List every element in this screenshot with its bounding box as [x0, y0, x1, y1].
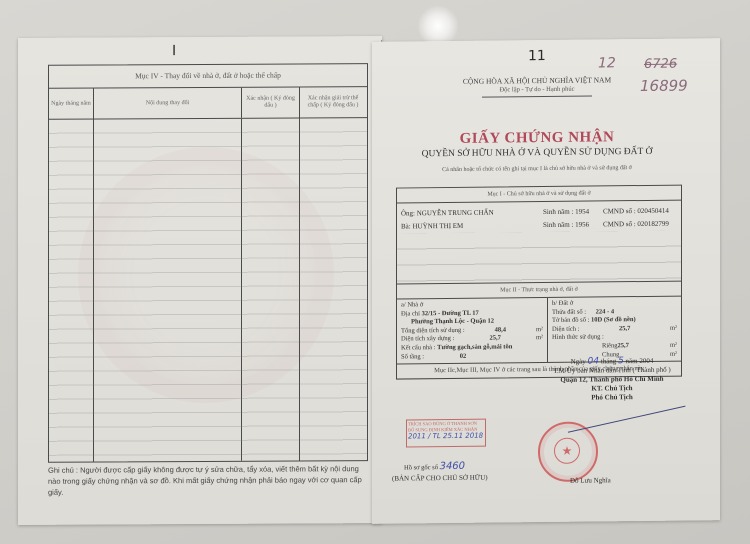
total-area: 48,4	[495, 326, 506, 335]
intro-text: Cá nhân hoặc tổ chức có tên ghi tại mục …	[372, 164, 702, 173]
signer-name: Đỗ Lưu Nghĩa	[570, 476, 611, 484]
star-emblem-icon: ★	[554, 438, 580, 464]
col-content: Nội dung thay đổi	[94, 88, 242, 119]
motto-underline	[482, 96, 592, 98]
map-number: 10D (Sơ đồ nền)	[591, 316, 636, 323]
signing-block: Ngày 04 tháng 5 năm 2004 T.M Ủy ban Nhân…	[522, 356, 702, 403]
right-page: 11 12 6726 16899 CỘNG HÒA XÃ HỘI CHỦ NGH…	[372, 38, 720, 524]
structure: Tường gạch,sàn gỗ,mái tôn	[437, 343, 512, 351]
floors: 02	[426, 352, 467, 359]
property-status: a/ Nhà ở Địa chỉ 32/15 - Đường TL 17 Phư…	[397, 297, 681, 365]
file-number-row: Hồ sơ gốc số 3460	[404, 461, 465, 473]
verification-handwriting: 2011 / TL 25.11 2018	[408, 433, 484, 440]
land-area: 25,7	[619, 325, 630, 334]
owner-name: Bà: HUỲNH THỊ EM	[401, 219, 543, 233]
motto: Độc lập - Tự do - Hạnh phúc	[442, 85, 632, 94]
certificate-details: Mục I - Chủ sở hữu nhà ở và sử dụng đất …	[396, 185, 682, 380]
owner-id: CMND số : 020450414	[603, 205, 677, 219]
verification-stamp: TRÍCH SAO ĐÚNG Ở THANH SƠN BỔ SUNG ĐỊNH …	[406, 419, 486, 448]
owner-birth-year: Sinh năm : 1954	[543, 205, 603, 219]
left-page: I Mục IV - Thay đổi về nhà ở, đất ở hoặc…	[18, 36, 382, 525]
ruled-lines	[49, 118, 367, 462]
handwritten-mark-top: 11	[528, 48, 546, 64]
owner-birth-year: Sinh năm : 1956	[543, 218, 603, 232]
table-body	[49, 118, 367, 462]
col-date: Ngày tháng năm	[49, 89, 94, 119]
private-area: 25,7	[618, 342, 629, 349]
copy-label: (BẢN CẤP CHO CHỦ SỞ HỮU)	[392, 474, 488, 483]
signer-role2: Phó Chủ Tịch	[522, 392, 702, 403]
certificate-subtitle: QUYỀN SỞ HỮU NHÀ Ở VÀ QUYỀN SỬ DỤNG ĐẤT …	[372, 146, 702, 159]
build-area: 25,7	[489, 335, 500, 344]
handwritten-number-struck: 6726	[644, 57, 677, 72]
land-info: b/ Đất ở Thửa đất số : 224 - 4 Tờ bản đồ…	[548, 297, 681, 363]
handwritten-initial: 12	[598, 55, 616, 71]
house-info: a/ Nhà ở Địa chỉ 32/15 - Đường TL 17 Phư…	[397, 298, 548, 364]
section-iv-title: Mục IV - Thay đổi về nhà ở, đất ở hoặc t…	[49, 64, 367, 89]
issue-month: 5	[618, 356, 624, 366]
plot-number: 224 - 4	[588, 308, 614, 315]
handwritten-number: 16899	[640, 77, 688, 95]
changes-table: Mục IV - Thay đổi về nhà ở, đất ở hoặc t…	[48, 63, 368, 463]
issue-day: 04	[588, 356, 599, 366]
col-mortgage-release: Xác nhận giải trừ thế chấp ( Ký đóng dấu…	[300, 87, 366, 117]
signature	[568, 406, 686, 433]
issue-year: 2004	[639, 357, 653, 365]
table-header: Ngày tháng năm Nội dung thay đổi Xác nhậ…	[49, 87, 367, 120]
handwritten-mark: I	[172, 43, 176, 59]
note-text: Ghi chú : Người được cấp giấy không được…	[48, 463, 368, 498]
file-number: 3460	[440, 461, 465, 472]
house-address: 32/15 - Đường TL 17	[422, 309, 479, 317]
blank-owner-lines	[397, 231, 681, 285]
col-confirm: Xác nhận ( Ký đóng dấu )	[242, 87, 300, 117]
certificate-title: GIẤY CHỨNG NHẬN	[372, 128, 702, 148]
owner-id: CMND số : 020182799	[603, 218, 677, 232]
